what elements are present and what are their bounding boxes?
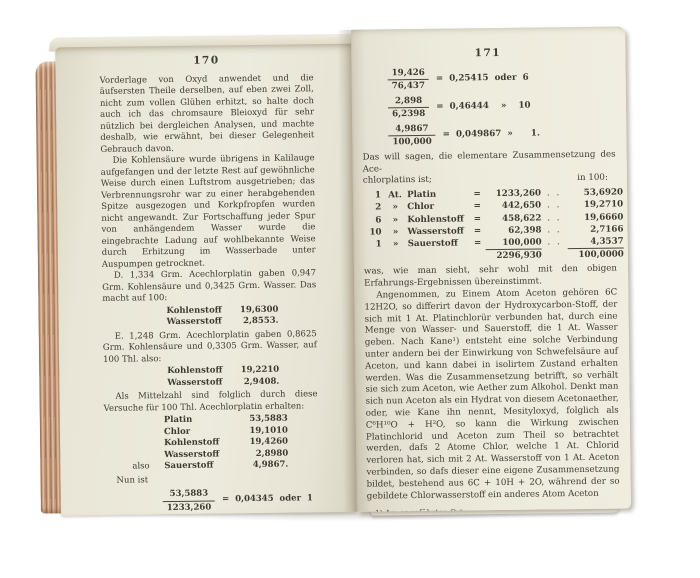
equals-sign: = (469, 225, 485, 237)
element-label: Chlor (407, 201, 469, 214)
intro-line-2-left: chlorplatins ist; (363, 175, 432, 188)
numerator: 53,5883 (163, 488, 215, 500)
element-label: Wasserstoff (164, 449, 236, 461)
intro-line-1: Das will sagen, die elementare Zusammens… (363, 149, 616, 176)
fraction: 53,5883 1233,260 (163, 488, 216, 513)
element-label: Sauerstoff (408, 237, 470, 250)
result-table-e: Kohlenstoff 19,2210 Wasserstoff 2,9408. (167, 364, 317, 389)
fraction-equation: 2,898 6,2398 = 0,46444 » 10 (388, 93, 615, 120)
element-label: Chlor (164, 426, 236, 438)
row-prefix (132, 450, 164, 462)
page-number-right: 171 (361, 47, 614, 62)
composition-table: 1 At. Platin = 1233,260 . . 53,6920 2 » … (367, 187, 617, 264)
atom-count: 1 (367, 190, 383, 202)
element-value: 19,1010 (236, 425, 288, 437)
atom-count: 10 (367, 226, 383, 238)
element-value: 2,8553. (233, 316, 279, 328)
element-label: Platin (407, 189, 469, 202)
numerator: 4,9867 (388, 124, 435, 136)
element-label: Platin (164, 414, 236, 426)
element-value: 4,9867. (236, 460, 288, 472)
fraction-equation: 19,426 76,437 = 0,25415 oder 6 (388, 65, 615, 92)
row-prefix (132, 415, 164, 427)
fraction-equation: 19,1010 221,325 = 0,086299 » 2 (163, 514, 319, 515)
leader-dots: . . (541, 224, 567, 237)
element-label: Wasserstoff (167, 316, 233, 328)
atom-unit: At. (383, 189, 407, 201)
fraction-equation: 4,9867 100,000 = 0,049867 » 1. (388, 121, 615, 148)
denominator: 100,000 (388, 135, 435, 148)
denominator: 6,2398 (388, 107, 429, 120)
equation-result: = 0,25415 oder 6 (436, 73, 529, 86)
nun-ist-label: Nun ist (104, 473, 318, 487)
element-label: Kohlenstoff (407, 213, 469, 226)
row-prefix: also (132, 461, 164, 473)
paragraph: Vorderlage von Oxyd anwendet und die äuf… (100, 73, 315, 156)
numerator: 19,426 (388, 68, 429, 80)
result-table-d: Kohlenstoff 19,6300 Wasserstoff 2,8553. (166, 304, 316, 329)
atom-unit: » (383, 226, 407, 238)
element-label: Kohlenstoff (164, 437, 236, 449)
element-value: 19,6300 (232, 304, 278, 316)
fraction-equation: 53,5883 1233,260 = 0,04345 oder 1 (163, 487, 319, 513)
element-label: Sauerstoff (164, 460, 236, 472)
total-value: 2296,930 (486, 249, 542, 263)
equation-result: = 0,049867 » 1. (443, 128, 541, 141)
paragraph-experiment-d: D. 1,334 Grm. Acechlorplatin gaben 0,947… (102, 268, 316, 305)
element-value: 53,5883 (236, 414, 288, 426)
element-value: 62,398 (485, 224, 541, 237)
leader-dots: . . (541, 187, 567, 200)
equals-sign: = (469, 188, 485, 200)
intro-line-2-right: in 100: (577, 173, 608, 185)
element-label: Kohlenstoff (166, 305, 232, 317)
fraction: 4,9867 100,000 (388, 124, 436, 149)
intro-line-2: chlorplatins ist; in 100: (363, 173, 616, 188)
element-percent: 2,7166 (567, 223, 623, 236)
equation-result: = 0,04345 oder 1 (222, 494, 313, 507)
paragraph: was, wie man sieht, sehr wohl mit den ob… (364, 264, 617, 291)
element-value: 442,650 (485, 200, 541, 213)
atom-unit: » (383, 202, 407, 214)
element-value: 2,8980 (236, 448, 288, 460)
total-percent: 100,0000 (568, 248, 624, 262)
paragraph-mittelzahl: Als Mittelzahl sind folglich durch diese… (103, 389, 317, 415)
mean-values-table: Platin 53,5883 Chlor 19,1010 Kohlenstoff… (132, 413, 319, 473)
atom-count: 2 (367, 202, 383, 214)
right-page: 171 19,426 76,437 = 0,25415 oder 6 2,898… (351, 26, 631, 511)
left-page: 170 Vorderlage von Oxyd anwendet und die… (55, 44, 357, 516)
element-label: Kohlenstoff (167, 365, 233, 377)
element-percent: 19,6660 (567, 211, 623, 224)
element-label: Wasserstoff (407, 225, 469, 238)
equals-sign: = (469, 213, 485, 225)
numerator: 2,898 (388, 96, 429, 108)
element-value: 19,4260 (236, 437, 288, 449)
element-value: 100,000 (486, 236, 542, 249)
element-value: 2,9408. (233, 376, 279, 388)
equals-sign: = (469, 201, 485, 213)
atom-unit: » (383, 214, 407, 226)
equation-result: = 0,46444 » 10 (436, 100, 530, 113)
equals-sign: = (470, 237, 486, 249)
atom-unit: » (384, 238, 408, 250)
row-prefix (132, 427, 164, 439)
paragraph-experiment-e: E. 1,248 Grm. Acechlorplatin gaben 0,862… (103, 329, 317, 366)
denominator: 1233,260 (163, 500, 216, 513)
element-value: 19,2210 (233, 365, 279, 377)
fraction: 2,898 6,2398 (388, 96, 430, 121)
atom-count: 1 (368, 238, 384, 250)
fraction: 19,426 76,437 (388, 68, 430, 93)
element-percent: 53,6920 (567, 187, 623, 200)
element-value: 1233,260 (485, 188, 541, 201)
row-prefix (132, 438, 164, 450)
leader-dots: . . (541, 200, 567, 213)
element-label: Wasserstoff (167, 377, 233, 389)
open-book: 170 Vorderlage von Oxyd anwendet und die… (33, 20, 637, 523)
atom-count: 6 (367, 214, 383, 226)
denominator: 76,437 (388, 79, 429, 92)
paragraph-angenommen: Angenommen, zu Einem Atom Aceton gehören… (364, 288, 620, 503)
page-number-left: 170 (99, 54, 313, 68)
element-percent: 19,2710 (567, 199, 623, 212)
element-percent: 4,3537 (568, 235, 624, 248)
element-value: 458,622 (485, 212, 541, 225)
right-page-content: 171 19,426 76,437 = 0,25415 oder 6 2,898… (361, 47, 620, 512)
paragraph: Die Kohlensäure wurde übrigens in Kalila… (101, 153, 316, 271)
leader-dots: . . (542, 236, 568, 249)
left-page-content: 170 Vorderlage von Oxyd anwendet und die… (99, 54, 319, 515)
leader-dots: . . (541, 212, 567, 225)
